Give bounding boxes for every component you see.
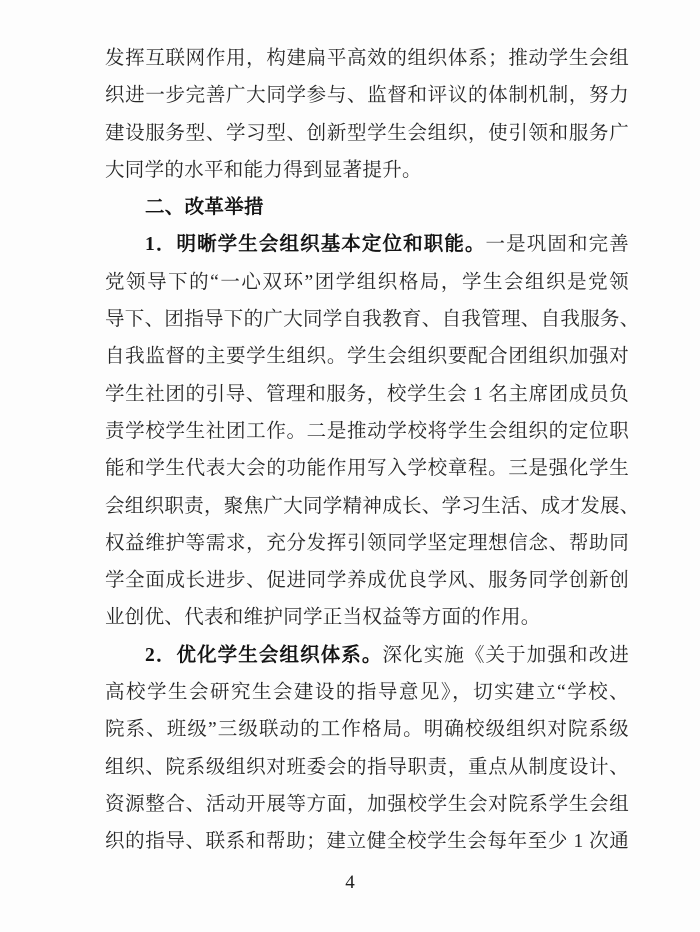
text-line: 组织、院系级组织对班委会的指导职责，重点从制度设计、 <box>105 749 629 786</box>
text-segment: 大同学的水平和能力得到显著提升。 <box>105 160 422 181</box>
text-segment: 学全面成长进步、促进同学养成优良学风、服务同学创新创 <box>105 570 629 591</box>
text-segment: 业创优、代表和维护同学正当权益等方面的作用。 <box>105 607 541 628</box>
text-line: 权益维护等需求，充分发挥引领同学坚定理想信念、帮助同 <box>105 525 629 562</box>
text-line: 自我监督的主要学生组织。学生会组织要配合团组织加强对 <box>105 338 629 375</box>
text-segment: 自我监督的主要学生组织。学生会组织要配合团组织加强对 <box>105 346 629 367</box>
text-segment: 责学校学生社团工作。二是推动学校将学生会组织的定位职 <box>105 421 629 442</box>
text-segment: 织进一步完善广大同学参与、监督和评议的体制机制，努力 <box>105 85 629 106</box>
text-segment: 能和学生代表大会的功能作用写入学校章程。三是强化学生 <box>105 458 629 479</box>
text-segment: 会组织职责，聚焦广大同学精神成长、学习生活、成才发展、 <box>105 496 640 517</box>
text-line: 织的指导、联系和帮助；建立健全校学生会每年至少 1 次通 <box>105 823 629 860</box>
text-segment: 党领导下的“一心双环”团学组织格局，学生会组织是党领 <box>105 272 629 293</box>
text-segment-bold: 2．优化学生会组织体系。 <box>145 645 383 666</box>
document-page: 发挥互联网作用，构建扁平高效的组织体系；推动学生会组织进一步完善广大同学参与、监… <box>0 0 700 932</box>
text-segment: 导下、团指导下的广大同学自我教育、自我管理、自我服务、 <box>105 309 640 330</box>
text-line: 建设服务型、学习型、创新型学生会组织，使引领和服务广 <box>105 115 629 152</box>
text-segment: 深化实施《关于加强和改进 <box>383 645 629 666</box>
text-segment: 建设服务型、学习型、创新型学生会组织，使引领和服务广 <box>105 123 629 144</box>
text-line: 责学校学生社团工作。二是推动学校将学生会组织的定位职 <box>105 413 629 450</box>
text-line: 大同学的水平和能力得到显著提升。 <box>105 152 629 189</box>
text-line: 发挥互联网作用，构建扁平高效的组织体系；推动学生会组 <box>105 40 629 77</box>
text-line: 2．优化学生会组织体系。深化实施《关于加强和改进 <box>105 637 629 674</box>
text-line: 资源整合、活动开展等方面，加强校学生会对院系学生会组 <box>105 786 629 823</box>
text-line: 能和学生代表大会的功能作用写入学校章程。三是强化学生 <box>105 450 629 487</box>
text-line: 高校学生会研究生会建设的指导意见》，切实建立“学校、 <box>105 674 629 711</box>
page-number: 4 <box>0 872 700 894</box>
text-line: 党领导下的“一心双环”团学组织格局，学生会组织是党领 <box>105 264 629 301</box>
text-segment: 发挥互联网作用，构建扁平高效的组织体系；推动学生会组 <box>105 48 629 69</box>
text-line: 织进一步完善广大同学参与、监督和评议的体制机制，努力 <box>105 77 629 114</box>
text-line: 学全面成长进步、促进同学养成优良学风、服务同学创新创 <box>105 562 629 599</box>
text-line: 1．明晰学生会组织基本定位和职能。一是巩固和完善 <box>105 226 629 263</box>
text-segment: 一是巩固和完善 <box>486 234 629 255</box>
text-line: 二、改革举措 <box>105 189 629 226</box>
text-segment: 学生社团的引导、管理和服务，校学生会 1 名主席团成员负 <box>105 384 629 405</box>
text-line: 业创优、代表和维护同学正当权益等方面的作用。 <box>105 599 629 636</box>
text-segment-bold: 1．明晰学生会组织基本定位和职能。 <box>145 234 486 255</box>
text-segment: 组织、院系级组织对班委会的指导职责，重点从制度设计、 <box>105 757 629 778</box>
text-line: 院系、班级”三级联动的工作格局。明确校级组织对院系级 <box>105 711 629 748</box>
text-segment: 高校学生会研究生会建设的指导意见》，切实建立“学校、 <box>105 682 629 703</box>
text-segment-bold: 二、改革举措 <box>145 197 264 218</box>
text-segment: 院系、班级”三级联动的工作格局。明确校级组织对院系级 <box>105 719 629 740</box>
text-line: 导下、团指导下的广大同学自我教育、自我管理、自我服务、 <box>105 301 629 338</box>
text-segment: 资源整合、活动开展等方面，加强校学生会对院系学生会组 <box>105 794 629 815</box>
text-segment: 权益维护等需求，充分发挥引领同学坚定理想信念、帮助同 <box>105 533 629 554</box>
text-segment: 织的指导、联系和帮助；建立健全校学生会每年至少 1 次通 <box>105 831 629 852</box>
document-body-text: 发挥互联网作用，构建扁平高效的组织体系；推动学生会组织进一步完善广大同学参与、监… <box>105 40 629 861</box>
text-line: 学生社团的引导、管理和服务，校学生会 1 名主席团成员负 <box>105 376 629 413</box>
text-line: 会组织职责，聚焦广大同学精神成长、学习生活、成才发展、 <box>105 488 629 525</box>
